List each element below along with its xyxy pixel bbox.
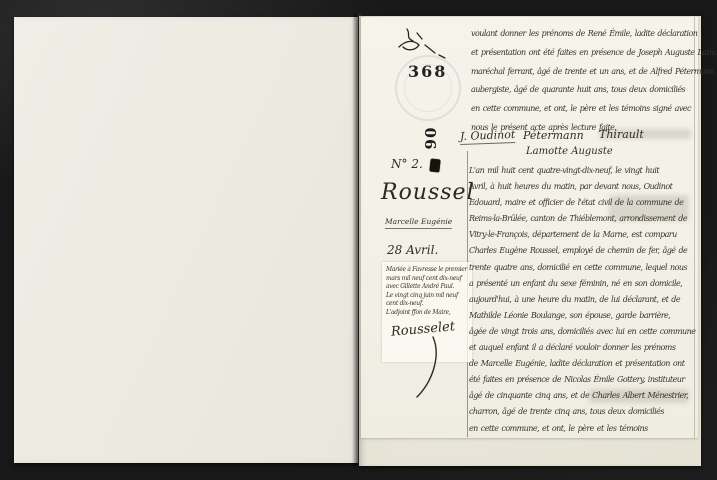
act-line: a présenté un enfant du sexe féminin, né…: [469, 276, 699, 292]
act-line: maréchal ferrant, âgé de trente et un an…: [471, 63, 701, 82]
signature-mayor: J. Oudinot: [460, 128, 516, 145]
act-line: âgée de vingt trois ans, domiciliés avec…: [469, 324, 699, 340]
act-line: été faites en présence de Nicolas Émile …: [469, 372, 699, 388]
page-number-stamp: 368: [408, 62, 447, 81]
act-line: Mathilde Léonie Boulange, son épouse, ga…: [469, 308, 699, 324]
act-line: aujourd'hui, à une heure du matin, de lu…: [469, 292, 699, 308]
ink-blot: [429, 159, 440, 173]
act-line: Avril, à huit heures du matin, par devan…: [469, 179, 699, 195]
folio-number-rotated: 90: [414, 123, 448, 153]
act-line: Edouard, maire et officier de l'état civ…: [469, 195, 699, 211]
act-line: Reims-la-Brûlée, canton de Thiéblemont, …: [469, 211, 699, 227]
note-line: mars mil neuf cent dix-neuf: [386, 275, 470, 284]
act-line: Vitry-le-François, département de la Mar…: [469, 227, 699, 243]
act-line: âgé de cinquante cinq ans, et de Charles…: [469, 388, 699, 404]
act-scan-sheet: 368 90 voulant donner les prénoms de Ren…: [361, 17, 698, 438]
act-line: voulant donner les prénoms de René Émile…: [471, 25, 701, 44]
act-line: L'an mil huit cent quatre-vingt-dix-neuf…: [469, 163, 699, 179]
birth-act-text: L'an mil huit cent quatre-vingt-dix-neuf…: [469, 163, 699, 437]
note-line: L'adjoint ffon de Maire,: [386, 309, 470, 318]
note-line: avec Gillette André Paul.: [386, 283, 470, 292]
scan-viewport: 368 90 voulant donner les prénoms de Ren…: [0, 0, 717, 480]
signature-flourish: [399, 335, 443, 401]
act-line: Charles Eugène Roussel, employé de chemi…: [469, 243, 699, 259]
act-line: en cette commune, et ont, le père et les…: [469, 421, 699, 437]
act-line: trente quatre ans, domicilié en cette co…: [469, 260, 699, 276]
act-line: en cette commune, et ont, le père et les…: [471, 100, 701, 119]
margin-given-names: Marcelle Eugénie: [385, 217, 452, 229]
act-line: et auquel enfant il a déclaré vouloir do…: [469, 340, 699, 356]
previous-act-text: voulant donner les prénoms de René Émile…: [471, 25, 701, 138]
act-line: de Marcelle Eugénie, ladite déclaration …: [469, 356, 699, 372]
note-line: Le vingt cinq juin mil neuf: [386, 292, 470, 301]
signature-witness-2: Thirault: [599, 128, 644, 141]
marriage-marginal-note: Mariée à Favresse le premier mars mil ne…: [386, 266, 470, 318]
signature-witness-3: Lamotte Auguste: [526, 146, 613, 157]
right-page: 368 90 voulant donner les prénoms de Ren…: [359, 16, 701, 466]
act-line: charron, âgé de trente cinq ans, tous de…: [469, 404, 699, 420]
note-line: cent dix-neuf.: [386, 300, 470, 309]
left-page-blank: [14, 17, 358, 463]
margin-date: 28 Avril.: [387, 243, 438, 257]
signature-witness-1: Pétermann: [523, 129, 584, 142]
note-line: Mariée à Favresse le premier: [386, 266, 470, 275]
act-line: aubergiste, âgé de quarante huit ans, to…: [471, 81, 701, 100]
act-line: et présentation ont été faites en présen…: [471, 44, 701, 63]
act-number: N° 2.: [391, 157, 423, 171]
margin-surname: Roussel: [381, 180, 475, 205]
